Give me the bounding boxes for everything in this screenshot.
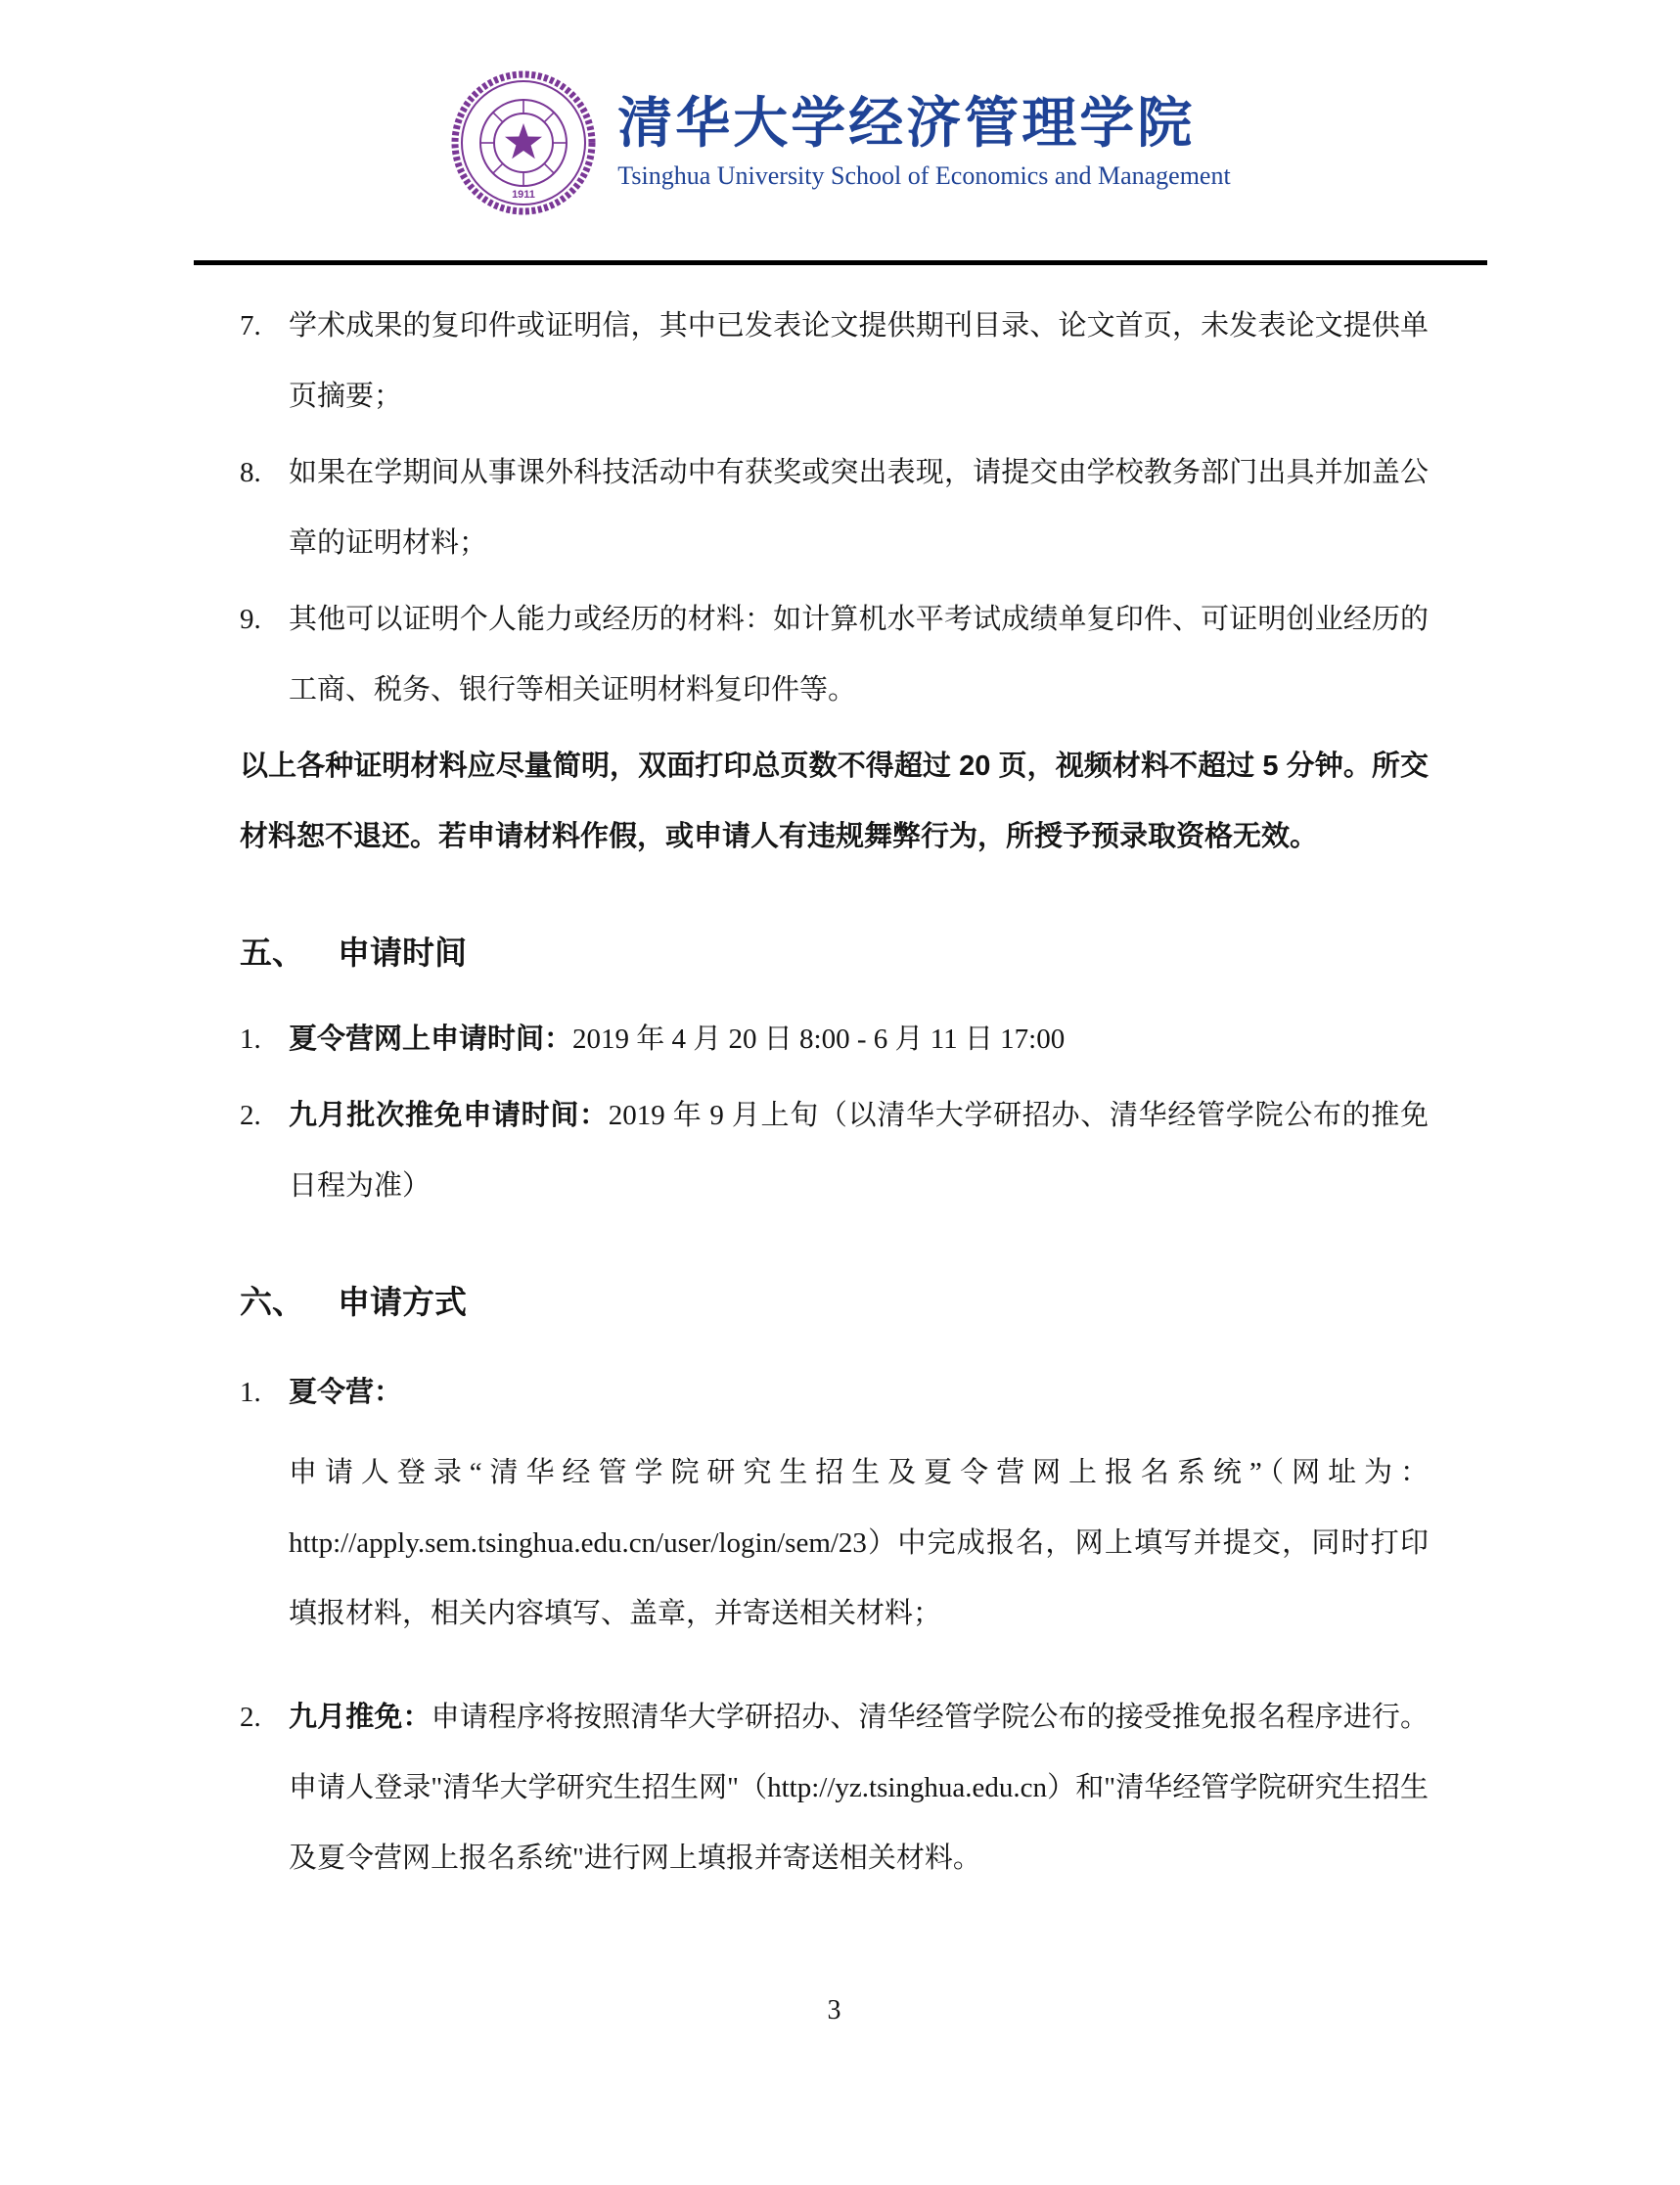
list-item-number: 9. — [240, 584, 289, 725]
summer-camp-paragraph: 申请人登录“清华经管学院研究生招生及夏令营网上报名系统”（网址为：http://… — [289, 1437, 1429, 1649]
september-tuimian-item: 2. 九月推免：申请程序将按照清华大学研招办、清华经管学院公布的接受推免报名程序… — [240, 1682, 1429, 1893]
page-number: 3 — [240, 1976, 1429, 2046]
section-number: 五、 — [240, 933, 338, 975]
header-divider — [194, 260, 1487, 265]
document-body: 7. 学术成果的复印件或证明信，其中已发表论文提供期刊目录、论文首页，未发表论文… — [240, 291, 1429, 2046]
section-title: 申请方式 — [338, 1282, 467, 1324]
section-title: 申请时间 — [338, 933, 467, 975]
list-item-8: 8. 如果在学期间从事课外科技活动中有获奖或突出表现，请提交由学校教务部门出具并… — [240, 437, 1429, 578]
letterhead: 1911 清华大学经济管理学院 Tsinghua University Scho… — [0, 0, 1680, 217]
materials-notice-paragraph: 以上各种证明材料应尽量简明，双面打印总页数不得超过 20 页，视频材料不超过 5… — [240, 731, 1429, 872]
camp-apply-url: http://apply.sem.tsinghua.edu.cn/user/lo… — [289, 1527, 867, 1559]
section-number: 六、 — [240, 1282, 338, 1324]
list-item-text: 夏令营： — [289, 1357, 1429, 1428]
list-item-number: 1. — [240, 1004, 289, 1074]
list-item-text: 夏令营网上申请时间：2019 年 4 月 20 日 8:00 - 6 月 11 … — [289, 1004, 1429, 1074]
section-heading-application-time: 五、 申请时间 — [240, 933, 1429, 975]
september-batch-time-label: 九月批次推免申请时间： — [289, 1100, 609, 1131]
seal-star-icon — [505, 123, 542, 159]
september-tuimian-label: 九月推免： — [289, 1702, 431, 1733]
september-batch-time-item: 2. 九月批次推免申请时间：2019 年 9 月上旬（以清华大学研招办、清华经管… — [240, 1080, 1429, 1221]
school-name-en: Tsinghua University School of Economics … — [617, 161, 1230, 191]
list-item-text: 九月批次推免申请时间：2019 年 9 月上旬（以清华大学研招办、清华经管学院公… — [289, 1080, 1429, 1221]
camp-apply-time-value: 2019 年 4 月 20 日 8:00 - 6 月 11 日 17:00 — [572, 1024, 1065, 1055]
list-item-text: 其他可以证明个人能力或经历的材料：如计算机水平考试成绩单复印件、可证明创业经历的… — [289, 584, 1429, 725]
school-name-cn: 清华大学经济管理学院 — [617, 95, 1230, 156]
camp-apply-time-item: 1. 夏令营网上申请时间：2019 年 4 月 20 日 8:00 - 6 月 … — [240, 1004, 1429, 1074]
list-item-number: 2. — [240, 1080, 289, 1221]
list-item-number: 2. — [240, 1682, 289, 1893]
list-item-number: 7. — [240, 291, 289, 432]
summer-camp-label: 夏令营： — [289, 1377, 402, 1408]
list-item-number: 1. — [240, 1357, 289, 1428]
camp-paragraph-text-before: 申请人登录“清华经管学院研究生招生及夏令营网上报名系统”（网址为： — [289, 1457, 1429, 1488]
list-item-7: 7. 学术成果的复印件或证明信，其中已发表论文提供期刊目录、论文首页，未发表论文… — [240, 291, 1429, 432]
camp-apply-time-label: 夏令营网上申请时间： — [289, 1024, 572, 1055]
summer-camp-item: 1. 夏令营： — [240, 1357, 1429, 1428]
list-item-text: 如果在学期间从事课外科技活动中有获奖或突出表现，请提交由学校教务部门出具并加盖公… — [289, 437, 1429, 578]
letterhead-titles: 清华大学经济管理学院 Tsinghua University School of… — [617, 95, 1230, 191]
yz-url: http://yz.tsinghua.edu.cn — [767, 1772, 1047, 1803]
list-item-text: 九月推免：申请程序将按照清华大学研招办、清华经管学院公布的接受推免报名程序进行。… — [289, 1682, 1429, 1893]
section-heading-application-method: 六、 申请方式 — [240, 1282, 1429, 1324]
seal-year: 1911 — [512, 189, 535, 201]
list-item-text: 学术成果的复印件或证明信，其中已发表论文提供期刊目录、论文首页，未发表论文提供单… — [289, 291, 1429, 432]
tsinghua-seal-icon: 1911 — [449, 68, 598, 217]
list-item-9: 9. 其他可以证明个人能力或经历的材料：如计算机水平考试成绩单复印件、可证明创业… — [240, 584, 1429, 725]
document-page: 1911 清华大学经济管理学院 Tsinghua University Scho… — [0, 0, 1680, 2185]
list-item-number: 8. — [240, 437, 289, 578]
